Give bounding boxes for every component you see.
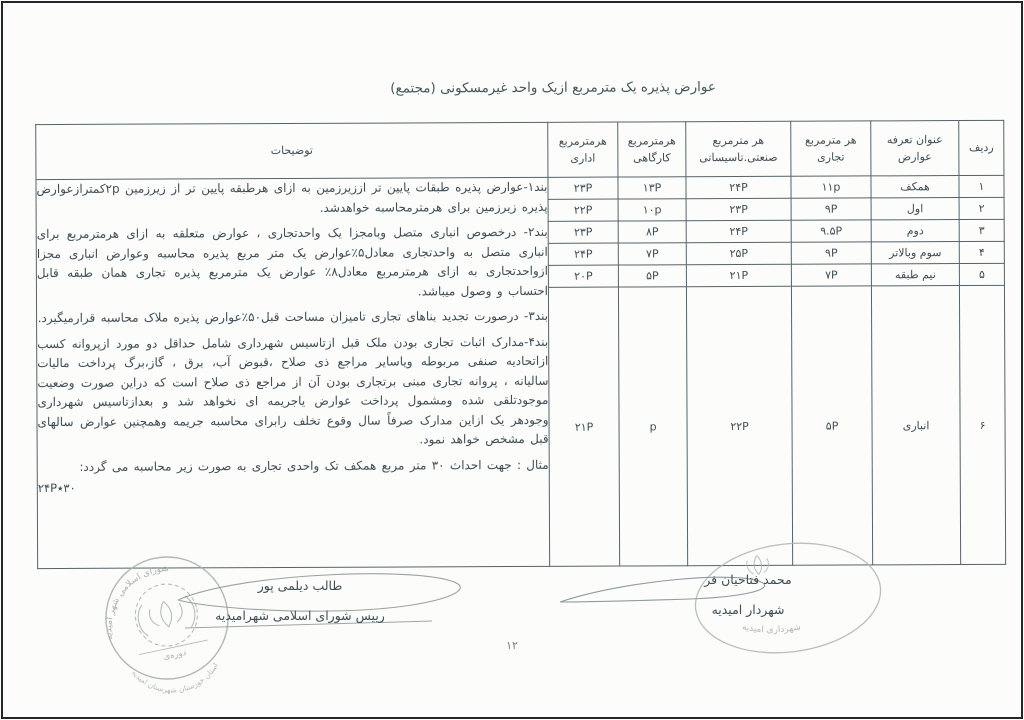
- council-head-name: طالب دیلمی پور: [185, 578, 415, 593]
- row-workshop: ۱۳P: [618, 177, 686, 199]
- row-industrial: ۲۵P: [686, 242, 791, 264]
- header-commercial-line1: هر مترمربع: [791, 131, 870, 148]
- header-office: هرمترمربع اداری: [548, 122, 618, 177]
- row-office: ۲۲P: [548, 199, 618, 221]
- row-office: ۲۴P: [548, 243, 618, 265]
- row-workshop: ۱۰p: [618, 199, 686, 221]
- notes-cell: بند۱-عوارض پذیره طبقات پایین تر اززیرزمی…: [36, 177, 550, 568]
- row-commercial: ۷P: [791, 264, 871, 286]
- row-no: ۲: [959, 197, 1004, 219]
- header-workshop-line1: هرمترمربع: [618, 132, 685, 149]
- row-commercial: ۱۱p: [791, 176, 871, 198]
- header-industrial-line2: صنعتی.تاسیساتی: [686, 149, 790, 167]
- note-formula: ۳۰٭۲۴P: [38, 477, 549, 499]
- row-industrial: ۲۴P: [686, 220, 791, 242]
- fee-table: ردیف عنوان تعرفه عوارض هر مترمربع تجاری …: [35, 120, 1006, 569]
- council-head-signature-block: طالب دیلمی پور رییس شورای اسلامی شهرامید…: [185, 578, 415, 623]
- row-title: سوم وبالاتر: [871, 242, 959, 264]
- row-workshop: p: [618, 287, 687, 566]
- note-band1: بند۱-عوارض پذیره طبقات پایین تر اززیرزمی…: [36, 178, 547, 219]
- header-commercial-line2: تجاری: [791, 148, 870, 165]
- row-commercial: ۹P: [791, 198, 871, 220]
- header-notes: توضیحات: [36, 122, 548, 179]
- row-industrial: ۲۲P: [686, 286, 792, 565]
- note-band2: بند۲- درخصوص انباری متصل وبامجزا یک واحد…: [37, 223, 548, 303]
- mayor-name: محمد فتاحیان فر: [648, 572, 848, 587]
- row-industrial: ۲۱P: [686, 264, 791, 286]
- row-workshop: ۸P: [618, 221, 686, 243]
- row-no: ۱: [959, 175, 1004, 197]
- row-title: انباری: [871, 286, 960, 565]
- row-title: دوم: [871, 220, 959, 242]
- row-title: همکف: [871, 176, 959, 198]
- note-example: مثال : جهت احداث ۳۰ متر مربع همکف تک واح…: [38, 455, 549, 477]
- header-industrial-line1: هر مترمربع: [686, 132, 790, 150]
- scanned-document-page: عوارض پذیره یک مترمربع ازیک واحد غیرمسکو…: [0, 0, 1024, 720]
- note-band4: بند۴-مدارک اثبات تجاری بودن ملک قبل ازتا…: [37, 332, 549, 451]
- page-number: ۱۲: [0, 639, 1024, 652]
- header-workshop-line2: کارگاهی: [618, 149, 685, 166]
- header-workshop: هرمترمربع کارگاهی: [618, 122, 686, 177]
- row-workshop: ۵P: [618, 265, 686, 287]
- council-head-role: رییس شورای اسلامی شهرامیدیه: [185, 608, 415, 623]
- mayor-role: شهردار امیدیه: [648, 602, 848, 617]
- header-radif: ردیف: [959, 120, 1004, 175]
- row-workshop: ۷P: [618, 243, 686, 265]
- row-office: ۲۳P: [548, 221, 618, 243]
- row-office: ۲۰P: [548, 265, 618, 287]
- table-header-row: ردیف عنوان تعرفه عوارض هر مترمربع تجاری …: [36, 120, 1004, 179]
- row-title: نیم طبقه: [871, 264, 959, 286]
- header-office-line2: اداری: [548, 150, 617, 167]
- row-no: ۴: [959, 241, 1004, 263]
- mayor-signature-block: محمد فتاحیان فر شهردار امیدیه: [648, 572, 848, 617]
- row-title: اول: [871, 198, 959, 220]
- row-office: ۲۱P: [548, 287, 619, 566]
- header-office-line1: هرمترمربع: [548, 132, 617, 149]
- row-no: ۶: [959, 285, 1005, 564]
- row-no: ۵: [959, 263, 1004, 285]
- row-commercial: ۹P: [791, 242, 871, 264]
- header-tariff-line2: عوارض: [871, 148, 958, 165]
- row-industrial: ۲۳P: [686, 198, 791, 220]
- row-office: ۲۳P: [548, 177, 618, 199]
- header-tariff-line1: عنوان تعرفه: [871, 131, 958, 148]
- row-industrial: ۲۴P: [686, 176, 791, 198]
- document-content: عوارض پذیره یک مترمربع ازیک واحد غیرمسکو…: [0, 0, 1024, 720]
- header-tariff-title: عنوان تعرفه عوارض: [871, 121, 959, 176]
- header-industrial: هر مترمربع صنعتی.تاسیساتی: [686, 121, 791, 176]
- page-title: عوارض پذیره یک مترمربع ازیک واحد غیرمسکو…: [41, 78, 1024, 98]
- header-commercial: هر مترمربع تجاری: [791, 121, 871, 176]
- row-no: ۳: [959, 219, 1004, 241]
- row-commercial: ۹.۵P: [791, 220, 871, 242]
- note-band3: بند۳- درصورت تجدید بناهای تجاری تامیزان …: [37, 307, 548, 329]
- row-commercial: ۵P: [791, 286, 872, 565]
